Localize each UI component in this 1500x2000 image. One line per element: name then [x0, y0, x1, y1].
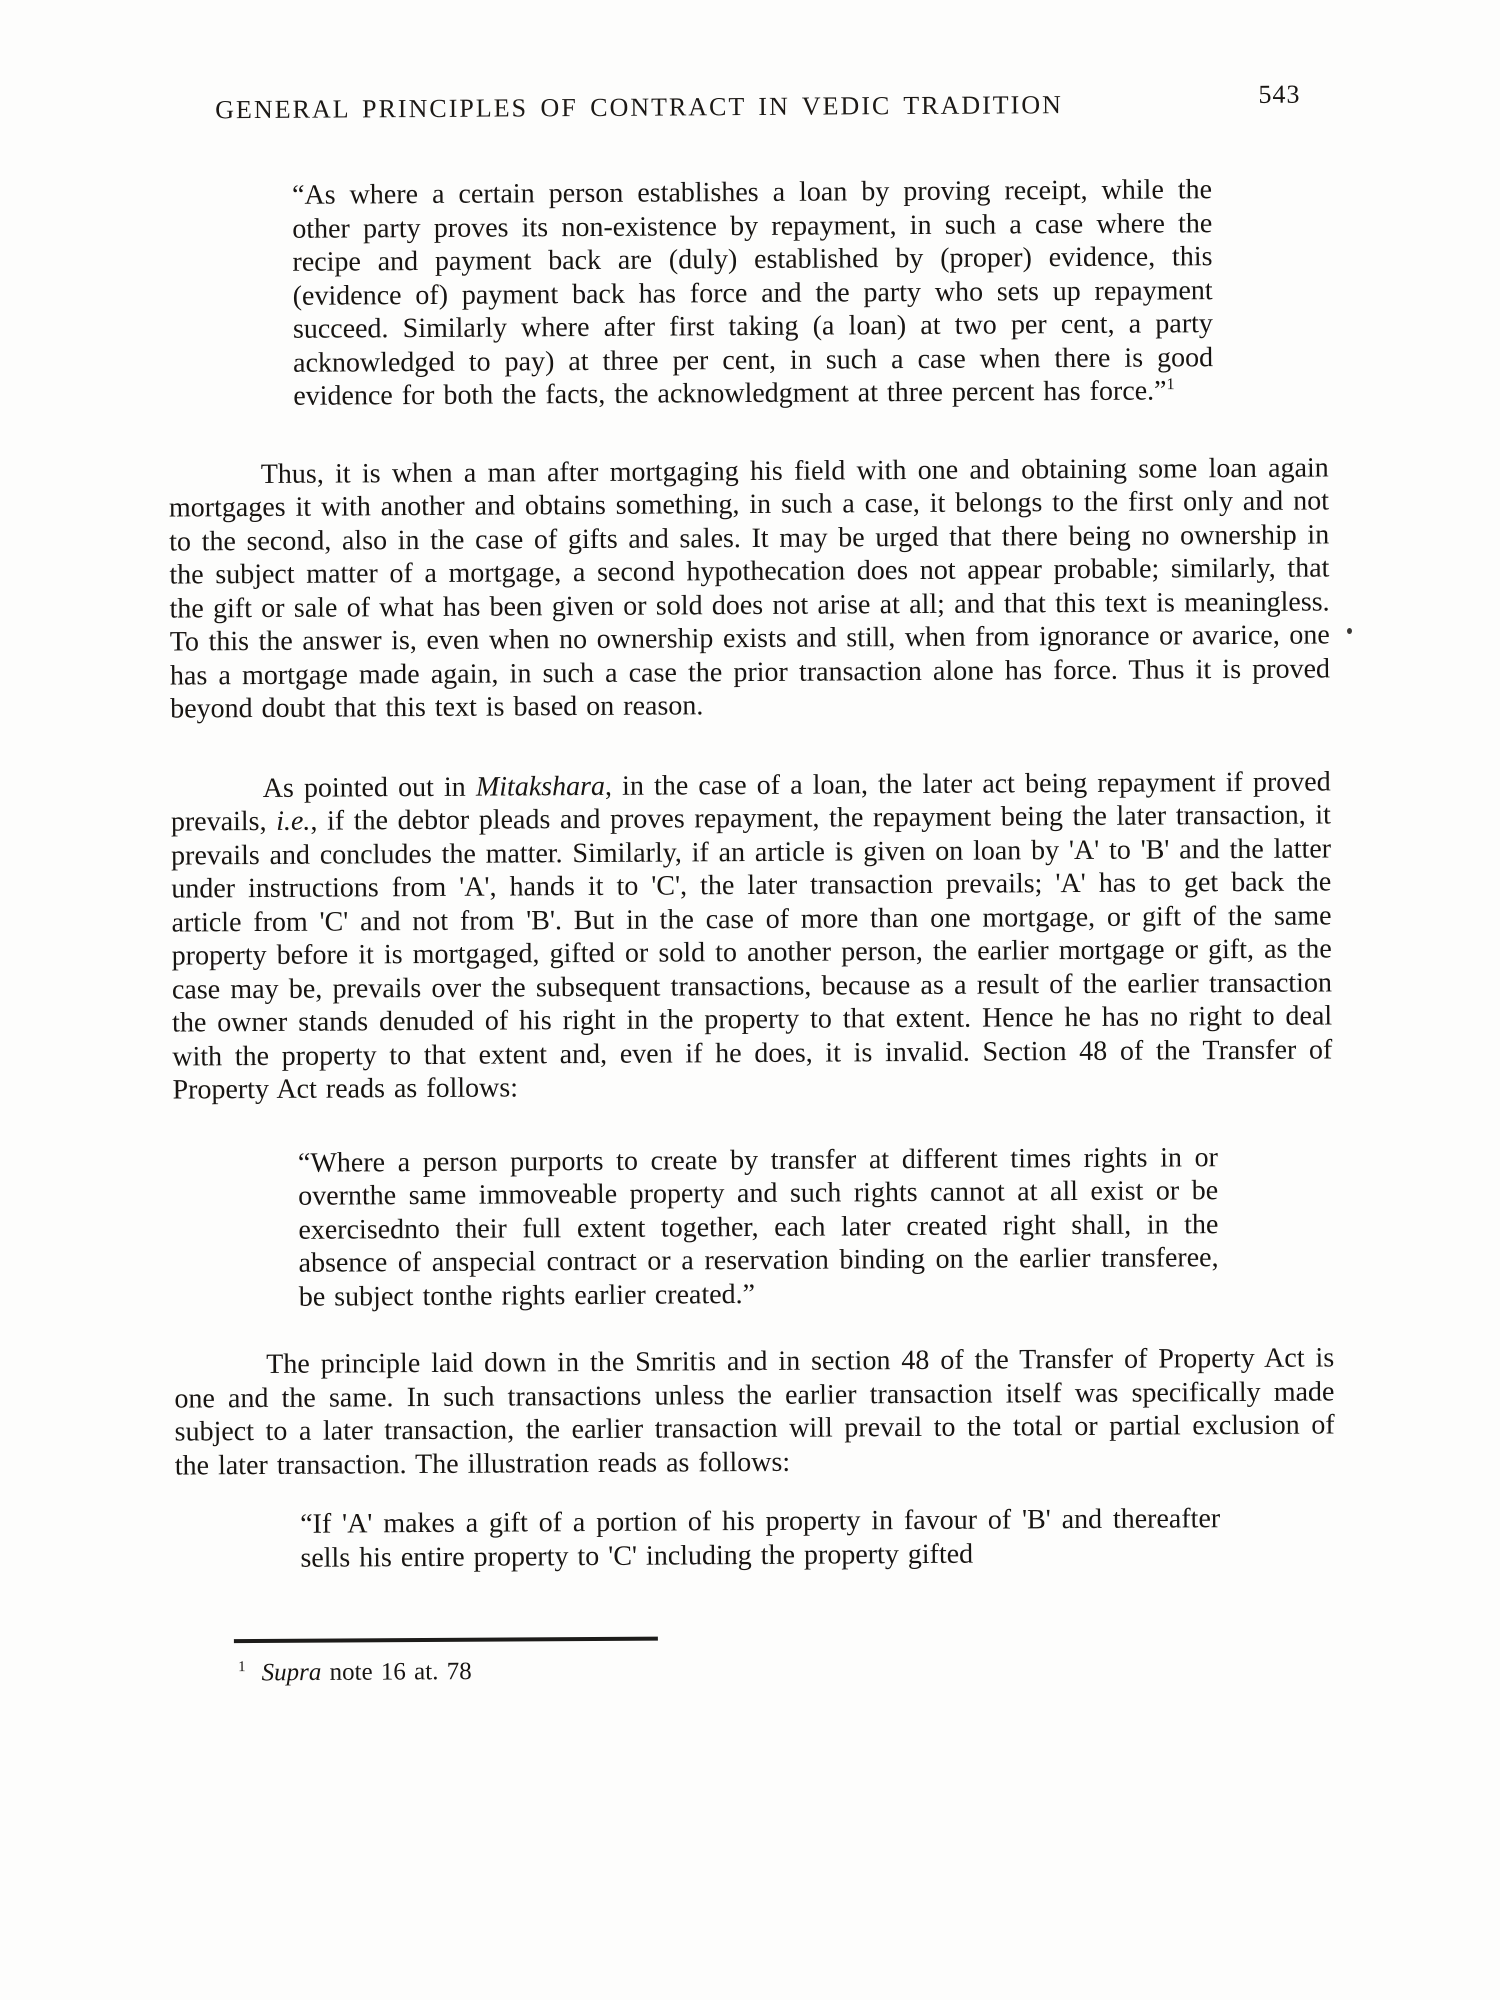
body-paragraph-mortgage-field: Thus, it is when a man after mortgaging …: [169, 451, 1331, 726]
footnote-divider: [234, 1637, 658, 1644]
scanned-book-page: GENERAL PRINCIPLES OF CONTRACT IN VEDIC …: [0, 0, 1500, 2000]
footnote-marker: 1: [238, 1659, 246, 1675]
quoted-passage-illustration: “If 'A' makes a gift of a portion of his…: [300, 1502, 1220, 1575]
running-header-title: GENERAL PRINCIPLES OF CONTRACT IN VEDIC …: [166, 90, 1111, 126]
footnote: 1Supra note 16 at. 78: [238, 1652, 1336, 1687]
running-header: GENERAL PRINCIPLES OF CONTRACT IN VEDIC …: [166, 88, 1326, 129]
body-paragraph-principle-smritis: The principle laid down in the Smritis a…: [174, 1341, 1335, 1482]
page-number: 543: [1258, 80, 1300, 110]
scan-artifact-dot: [1347, 628, 1352, 634]
body-paragraph-mitakshara: As pointed out in Mitakshara, in the cas…: [171, 765, 1333, 1107]
footnote-text: Supra note 16 at. 78: [262, 1658, 472, 1686]
quoted-passage-section-48: “Where a person purports to create by tr…: [298, 1141, 1219, 1314]
page-content: GENERAL PRINCIPLES OF CONTRACT IN VEDIC …: [0, 0, 1500, 1689]
quoted-passage-loan-receipt: “As where a certain person establishes a…: [292, 173, 1213, 413]
